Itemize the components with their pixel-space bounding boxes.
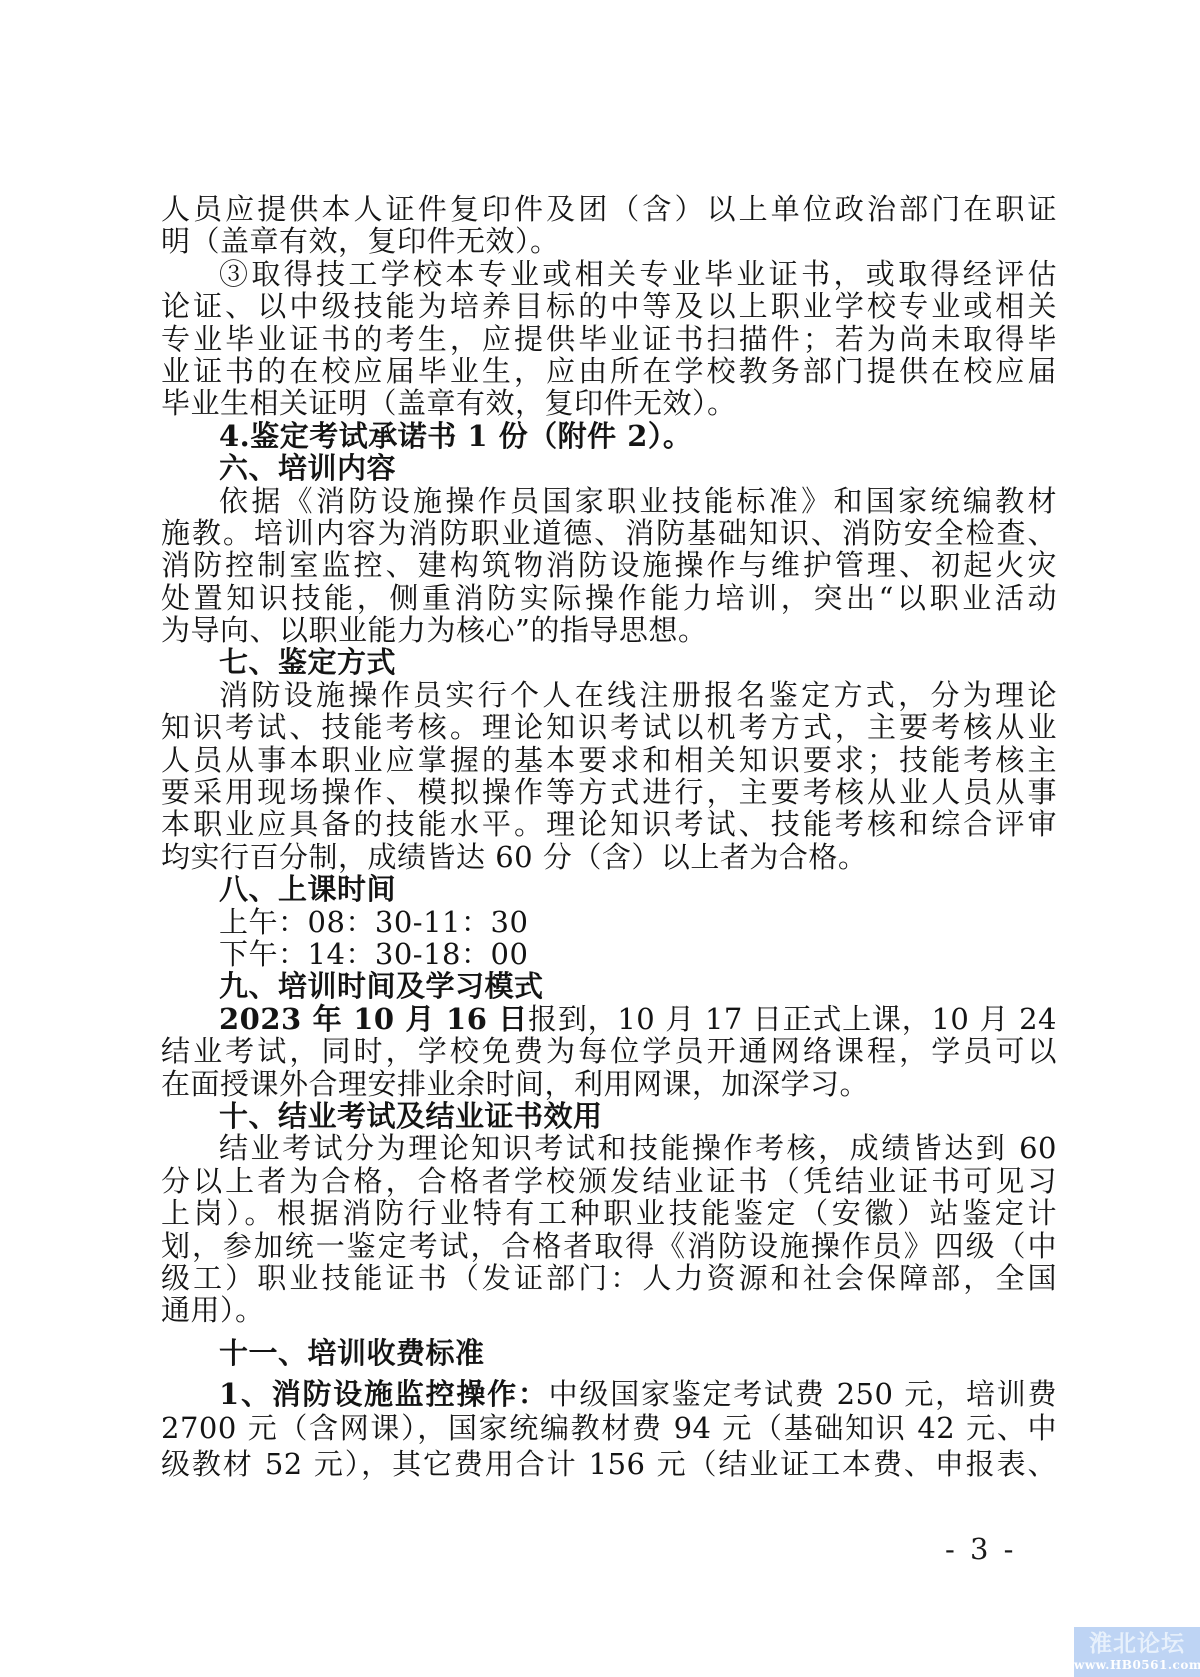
bold-text-segment: 十一、培训收费标准 [219,1337,485,1369]
text-line: 1、消防设施监控操作：中级国家鉴定考试费 250 元，培训费 [161,1378,1057,1410]
document-body: 人员应提供本人证件复印件及团（含）以上单位政治部门在职证明（盖章有效，复印件无效… [161,193,1057,1480]
text-line: 消防控制室监控、建构筑物消防设施操作与维护管理、初起火灾 [161,549,1057,581]
text-segment: 均实行百分制，成绩皆达 60 分（含）以上者为合格。 [161,841,867,873]
text-line: 专业毕业证书的考生，应提供毕业证书扫描件；若为尚未取得毕 [161,323,1057,355]
text-segment: 人员从事本职业应掌握的基本要求和相关知识要求；技能考核主 [161,744,1057,776]
text-segment: 毕业生相关证明（盖章有效，复印件无效）。 [161,387,737,419]
text-segment: 专业毕业证书的考生，应提供毕业证书扫描件；若为尚未取得毕 [161,323,1057,355]
text-segment: 划，参加统一鉴定考试，合格者取得《消防设施操作员》四级（中 [161,1230,1057,1262]
bold-text-segment: 十、结业考试及结业证书效用 [219,1100,603,1132]
text-segment: 结业考试，同时，学校免费为每位学员开通网络课程，学员可以 [161,1035,1057,1067]
document-page: 人员应提供本人证件复印件及团（含）以上单位政治部门在职证明（盖章有效，复印件无效… [0,0,1200,1677]
text-segment: 2700 元（含网课），国家统编教材费 94 元（基础知识 42 元、中 [161,1412,1057,1444]
text-line: 为导向、以职业能力为核心”的指导思想。 [161,614,1057,646]
text-line: 2700 元（含网课），国家统编教材费 94 元（基础知识 42 元、中 [161,1412,1057,1444]
text-line: 划，参加统一鉴定考试，合格者取得《消防设施操作员》四级（中 [161,1230,1057,1262]
text-line: 知识考试、技能考核。理论知识考试以机考方式，主要考核从业 [161,711,1057,743]
text-segment: 本职业应具备的技能水平。理论知识考试、技能考核和综合评审 [161,808,1057,840]
text-segment: 要采用现场操作、模拟操作等方式进行，主要考核从业人员从事 [161,776,1057,808]
text-line: 处置知识技能，侧重消防实际操作能力培训，突出“以职业活动 [161,582,1057,614]
text-segment: 级工）职业技能证书（发证部门：人力资源和社会保障部，全国 [161,1262,1057,1294]
text-line: 级工）职业技能证书（发证部门：人力资源和社会保障部，全国 [161,1262,1057,1294]
text-segment: 明（盖章有效，复印件无效）。 [161,225,560,257]
text-line: 业证书的在校应届毕业生，应由所在学校教务部门提供在校应届 [161,355,1057,387]
text-segment: 通用）。 [161,1294,265,1326]
text-segment: 消防设施操作员实行个人在线注册报名鉴定方式，分为理论 [219,679,1057,711]
text-line: 下午：14：30-18：00 [161,938,1057,970]
bold-text-segment: 九、培训时间及学习模式 [219,970,544,1002]
text-line: 人员从事本职业应掌握的基本要求和相关知识要求；技能考核主 [161,744,1057,776]
text-line: 通用）。 [161,1294,1057,1326]
text-line: 施教。培训内容为消防职业道德、消防基础知识、消防安全检查、 [161,517,1057,549]
text-line: 人员应提供本人证件复印件及团（含）以上单位政治部门在职证 [161,193,1057,225]
text-segment: 论证、以中级技能为培养目标的中等及以上职业学校专业或相关 [161,290,1057,322]
text-segment: 下午：14：30-18：00 [219,938,528,970]
text-line: 明（盖章有效，复印件无效）。 [161,225,1057,257]
text-line: 上午：08：30-11：30 [161,906,1057,938]
text-segment: 上午：08：30-11：30 [219,906,528,938]
text-line: 十一、培训收费标准 [161,1337,1057,1369]
text-segment: 分以上者为合格，合格者学校颁发结业证书（凭结业证书可见习 [161,1165,1057,1197]
text-line: 结业考试，同时，学校免费为每位学员开通网络课程，学员可以 [161,1035,1057,1067]
bold-text-segment: 六、培训内容 [219,452,396,484]
text-segment: ③取得技工学校本专业或相关专业毕业证书，或取得经评估 [219,258,1057,290]
watermark-site-name: 淮北论坛 [1074,1631,1200,1658]
forum-watermark: 淮北论坛 www.HB0561.com [1074,1627,1200,1677]
text-line: 八、上课时间 [161,873,1057,905]
text-line: 依据《消防设施操作员国家职业技能标准》和国家统编教材 [161,485,1057,517]
text-segment: 上岗）。根据消防行业特有工种职业技能鉴定（安徽）站鉴定计 [161,1197,1057,1229]
text-segment: 知识考试、技能考核。理论知识考试以机考方式，主要考核从业 [161,711,1057,743]
text-line: 毕业生相关证明（盖章有效，复印件无效）。 [161,387,1057,419]
page-number: - 3 - [945,1532,1017,1566]
bold-text-segment: 八、上课时间 [219,873,396,905]
text-segment: 依据《消防设施操作员国家职业技能标准》和国家统编教材 [219,485,1057,517]
text-segment: 施教。培训内容为消防职业道德、消防基础知识、消防安全检查、 [161,517,1057,549]
text-line: 均实行百分制，成绩皆达 60 分（含）以上者为合格。 [161,841,1057,873]
text-line: 结业考试分为理论知识考试和技能操作考核，成绩皆达到 60 [161,1132,1057,1164]
text-line: 七、鉴定方式 [161,646,1057,678]
text-segment: 处置知识技能，侧重消防实际操作能力培训，突出“以职业活动 [161,582,1057,614]
bold-text-segment: 1、消防设施监控操作： [219,1378,549,1410]
text-line: 消防设施操作员实行个人在线注册报名鉴定方式，分为理论 [161,679,1057,711]
bold-text-segment: 七、鉴定方式 [219,646,396,678]
text-line: 分以上者为合格，合格者学校颁发结业证书（凭结业证书可见习 [161,1165,1057,1197]
text-line: 论证、以中级技能为培养目标的中等及以上职业学校专业或相关 [161,290,1057,322]
text-line: 上岗）。根据消防行业特有工种职业技能鉴定（安徽）站鉴定计 [161,1197,1057,1229]
text-line: 十、结业考试及结业证书效用 [161,1100,1057,1132]
bold-text-segment: 2023 年 10 月 16 日 [219,1003,528,1035]
text-line: 本职业应具备的技能水平。理论知识考试、技能考核和综合评审 [161,808,1057,840]
text-line: ③取得技工学校本专业或相关专业毕业证书，或取得经评估 [161,258,1057,290]
text-segment: 中级国家鉴定考试费 250 元，培训费 [549,1378,1057,1410]
text-line: 2023 年 10 月 16 日报到，10 月 17 日正式上课，10 月 24… [161,1003,1057,1035]
text-line: 在面授课外合理安排业余时间，利用网课，加深学习。 [161,1068,1057,1100]
text-line: 九、培训时间及学习模式 [161,970,1057,1002]
text-line: 4.鉴定考试承诺书 1 份（附件 2）。 [161,420,1057,452]
text-segment: 级教材 52 元），其它费用合计 156 元（结业证工本费、申报表、 [161,1448,1057,1480]
text-segment: 为导向、以职业能力为核心”的指导思想。 [161,614,707,646]
text-segment: 在面授课外合理安排业余时间，利用网课，加深学习。 [161,1068,869,1100]
text-segment: 业证书的在校应届毕业生，应由所在学校教务部门提供在校应届 [161,355,1057,387]
bold-text-segment: 4.鉴定考试承诺书 1 份（附件 2）。 [219,420,692,452]
text-line: 级教材 52 元），其它费用合计 156 元（结业证工本费、申报表、 [161,1448,1057,1480]
text-line: 六、培训内容 [161,452,1057,484]
watermark-site-url: www.HB0561.com [1074,1658,1200,1673]
text-segment: 人员应提供本人证件复印件及团（含）以上单位政治部门在职证 [161,193,1057,225]
text-segment: 消防控制室监控、建构筑物消防设施操作与维护管理、初起火灾 [161,549,1057,581]
text-line: 要采用现场操作、模拟操作等方式进行，主要考核从业人员从事 [161,776,1057,808]
text-segment: 结业考试分为理论知识考试和技能操作考核，成绩皆达到 60 [219,1132,1057,1164]
